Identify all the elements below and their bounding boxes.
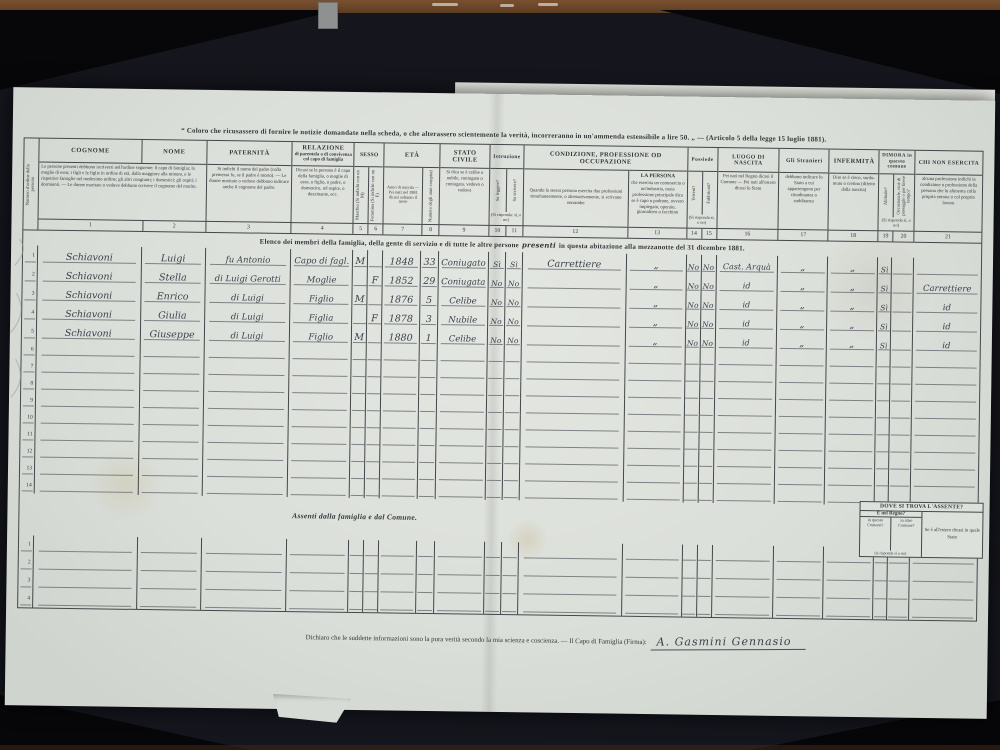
col-luogo-nascita: LUOGO DI NASCITA Pei nati nel Regno dica… xyxy=(716,148,779,240)
col-num: 5 xyxy=(354,226,368,232)
terreni-value: No xyxy=(687,339,698,350)
subtitle-text: in questa abitazione alla mezzanotte del… xyxy=(559,241,745,252)
chalk-mark xyxy=(432,3,458,6)
col-eta: ETÀ Anno di nascita — Pei nati nel 1881 … xyxy=(383,143,440,235)
paternita-value: di Luigi xyxy=(230,332,263,344)
anni-value: 29 xyxy=(423,276,435,289)
row-number: 12 xyxy=(20,442,34,459)
absent-nota: (si risponda sì o no) xyxy=(860,550,921,557)
col-eta-title: ETÀ xyxy=(385,143,440,168)
col-stranieri-title: Gli Stranieri xyxy=(780,149,829,174)
stranieri-ditto: „ xyxy=(799,320,804,333)
stato-civile-value: Coniugata xyxy=(441,278,485,290)
anni-value: 5 xyxy=(426,295,432,308)
fabbricati-value: No xyxy=(703,263,714,274)
row-number: 2 xyxy=(19,553,33,571)
row-number: 3 xyxy=(18,571,32,589)
absent-rows: 1 2 xyxy=(18,535,977,620)
col-istruzione-note: (Si risponda: sì, o no) xyxy=(490,212,523,225)
cognome-value: Schiavoni xyxy=(65,290,112,303)
femmina-value: F xyxy=(371,314,378,327)
col-luogo-note: Pei nati nel Regno dicasi il Comune — Pe… xyxy=(717,172,779,229)
col-sesso: SESSO Maschio (Si indichi con un M) Femm… xyxy=(353,143,384,234)
paternita-value: di Luigi xyxy=(231,313,264,325)
col-chinon-title: CHI NON ESERCITA xyxy=(915,151,982,176)
chi-non-esercita-value: id xyxy=(942,342,950,354)
col-ordine: Numero d'ordine della persona xyxy=(23,138,38,229)
sa-leggere-value: Sì xyxy=(493,260,501,271)
terreni-value: No xyxy=(687,301,698,312)
subtitle-emphasis: presenti xyxy=(522,240,556,249)
col-la-persona-note: che esercita un commercio o un'industria… xyxy=(628,179,686,228)
col-nome-title: NOME xyxy=(143,148,207,156)
absent-section-title: Assenti dalla famiglia e dal Comune. xyxy=(77,508,633,525)
fabbricati-value: No xyxy=(702,339,713,350)
head-of-family-signature: A. Gasmini Gennasio xyxy=(651,635,806,651)
chalk-mark xyxy=(500,4,514,7)
declaration-line: Dichiaro che le suddette informazioni so… xyxy=(306,629,968,653)
anni-value: 3 xyxy=(426,314,432,327)
col-num: 14 xyxy=(687,231,701,237)
col-istruzione: Istruzione Sa leggere? Sa scrivere? (Si … xyxy=(488,145,523,236)
stato-civile-value: Coniugato xyxy=(441,259,486,271)
col-num: 9 xyxy=(439,227,488,234)
sa-leggere-value: No xyxy=(490,336,501,347)
col-infermita-title: INFERMITÀ xyxy=(830,150,879,175)
col-dimora-note: (Si risponda sì, o no) xyxy=(879,217,914,230)
maschio-value: M xyxy=(354,332,364,345)
margin-pencil-marks xyxy=(2,237,39,437)
blank-rows: 6 7 xyxy=(20,340,980,506)
sa-scrivere-value: No xyxy=(508,299,519,310)
col-num: 4 xyxy=(292,225,353,232)
col-num: 2 xyxy=(143,223,205,230)
stranieri-ditto: „ xyxy=(800,263,805,276)
col-relazione-subtitle: di parentela o di convivenza col capo di… xyxy=(294,152,353,163)
terreni-value: No xyxy=(687,320,698,331)
relazione-value: Moglie xyxy=(307,276,337,288)
present-persons-rows: 1 Schiavoni Luigi fu Antonio Capo di fag… xyxy=(22,245,981,353)
cognome-value: Schiavoni xyxy=(65,328,112,341)
terreni-value: No xyxy=(688,282,699,293)
row-number: 1 xyxy=(19,535,33,553)
chi-non-esercita-value: id xyxy=(942,323,950,335)
sa-leggere-value: No xyxy=(491,317,502,328)
luogo-nascita-value: id xyxy=(742,320,750,331)
anno-nascita-value: 1878 xyxy=(389,314,413,327)
col-ordine-label: Numero d'ordine della persona xyxy=(26,157,36,211)
professione-value: Carrettiere xyxy=(547,259,601,272)
col-stato-civile: STATO CIVILE Si dica se è celibe o nubil… xyxy=(438,144,489,236)
stato-civile-value: Celibe xyxy=(449,297,477,309)
infermita-ditto: „ xyxy=(850,263,855,276)
col-num: 10 xyxy=(489,228,505,234)
col-occasionale: Occasionale, cioè di passaggio o per bre… xyxy=(897,175,912,218)
anno-nascita-value: 1848 xyxy=(389,257,413,270)
col-cognome-nome: COGNOME NOME Le persone presenti debbono… xyxy=(37,139,206,232)
col-infermita: INFERMITÀ Dire se è cieco, sordo-muto o … xyxy=(828,150,879,242)
absent-location-box: DOVE SI TROVA L'ASSENTE? È nel Regno? in… xyxy=(859,501,984,559)
col-num: 21 xyxy=(914,234,981,241)
sa-scrivere-value: No xyxy=(507,318,518,329)
anno-nascita-value: 1876 xyxy=(389,295,413,308)
col-stranieri-note: debbono indicare lo Stato a cui apparten… xyxy=(779,173,829,230)
col-paternita-note: Si indichi il nome del padre (colla prem… xyxy=(206,165,292,222)
absent-questo-comune: in questo Comune? xyxy=(860,517,890,550)
infermita-ditto: „ xyxy=(850,282,855,295)
sa-scrivere-value: No xyxy=(508,280,519,291)
infermita-ditto: „ xyxy=(850,301,855,314)
col-condizione-title: CONDIZIONE, PROFESSIONE OD OCCUPAZIONE xyxy=(524,145,687,171)
col-num: 18 xyxy=(829,233,878,240)
col-stato-title: STATO CIVILE xyxy=(440,144,489,169)
col-num: 15 xyxy=(702,231,716,237)
luogo-nascita-value: Cast. Arquà xyxy=(723,263,771,275)
photo-corner-shadow xyxy=(660,10,1000,94)
nome-value: Luigi xyxy=(161,254,186,267)
subtitle-text: Elenco dei membri della famiglia, della … xyxy=(260,237,519,249)
luogo-nascita-value: id xyxy=(742,301,750,312)
paternita-value: di Luigi xyxy=(231,294,264,306)
infermita-ditto: „ xyxy=(849,320,854,333)
col-condizione: CONDIZIONE, PROFESSIONE OD OCCUPAZIONE Q… xyxy=(522,145,687,238)
col-abituale: Abituale? xyxy=(884,187,889,205)
paternita-value: fu Antonio xyxy=(225,256,270,268)
dimora-abituale-value: Sì xyxy=(881,266,889,277)
stranieri-ditto: „ xyxy=(800,301,805,314)
terreni-value: No xyxy=(688,263,699,274)
fabbricati-value: No xyxy=(702,320,713,331)
col-num: 8 xyxy=(423,227,439,233)
col-istruzione-title: Istruzione xyxy=(490,145,523,169)
col-sesso-title: SESSO xyxy=(355,143,384,167)
paternita-value: di Luigi Gerotti xyxy=(215,275,281,287)
col-num: 13 xyxy=(628,230,686,237)
wood-table-edge xyxy=(0,745,1000,750)
col-fabbricati: Fabbricati? xyxy=(707,183,712,204)
col-num: 12 xyxy=(523,228,627,235)
col-num: 11 xyxy=(506,228,522,234)
chi-non-esercita-value: Carrettiere xyxy=(923,284,972,296)
col-num: 7 xyxy=(384,226,422,233)
col-chi-non-esercita: CHI NON ESERCITA alcuna professione indi… xyxy=(913,151,982,243)
chalk-mark xyxy=(538,3,558,6)
col-num: 20 xyxy=(894,233,914,239)
col-chinon-note: alcuna professione indichi la condizione… xyxy=(915,175,983,232)
cognome-value: Schiavoni xyxy=(66,271,113,284)
torn-edge xyxy=(273,694,351,723)
relazione-value: Figlio xyxy=(309,295,334,307)
luogo-nascita-value: id xyxy=(742,339,750,350)
persona-ditto: „ xyxy=(653,299,658,312)
col-sa-leggere: Sa leggere? xyxy=(495,180,500,201)
cognome-value: Schiavoni xyxy=(66,252,113,265)
col-anno-note: Anno di nascita — Pei nati nel 1881 dica… xyxy=(384,184,422,207)
row-number: 14 xyxy=(20,476,34,493)
census-table: Numero d'ordine della persona COGNOME NO… xyxy=(17,137,983,621)
col-dimora-title: DIMORA in questo comune xyxy=(879,150,914,174)
col-relazione-note: Dicasi se la persona è il capo della fam… xyxy=(292,166,354,223)
table-header: Numero d'ordine della persona COGNOME NO… xyxy=(23,138,982,243)
col-num: 3 xyxy=(206,224,291,231)
dimora-abituale-value: Sì xyxy=(880,342,888,353)
row-number: 13 xyxy=(20,459,34,476)
sa-leggere-value: No xyxy=(491,279,502,290)
relazione-value: Figlia xyxy=(309,314,334,326)
stato-civile-value: Nubile xyxy=(448,316,477,328)
femmina-value: F xyxy=(372,276,379,289)
col-dimora: DIMORA in questo comune Abituale? Occasi… xyxy=(877,150,914,241)
anno-nascita-value: 1852 xyxy=(389,276,413,289)
col-anni-label: Numero degli anni compiuti xyxy=(428,170,434,222)
col-possiede: Possiede Terreni? Fabbricati? (Si rispon… xyxy=(686,148,717,239)
col-num: 19 xyxy=(879,233,893,239)
persona-ditto: „ xyxy=(653,318,658,331)
dimora-abituale-value: Sì xyxy=(880,304,888,315)
persona-ditto: „ xyxy=(654,261,659,274)
col-relazione: RELAZIONE di parentela o di convivenza c… xyxy=(291,142,354,234)
anni-value: 1 xyxy=(425,333,431,346)
stranieri-ditto: „ xyxy=(800,282,805,295)
luogo-nascita-value: id xyxy=(743,282,751,293)
col-cognome-nome-note: Le persone presenti debbono iscriversi n… xyxy=(38,163,205,221)
anno-nascita-value: 1880 xyxy=(388,333,412,346)
col-maschio-label: Maschio (Si indichi con un M) xyxy=(356,168,366,222)
relazione-value: Figlio xyxy=(308,333,333,345)
col-possiede-note: (Si risponda sì, o no) xyxy=(687,215,716,228)
col-paternita: PATERNITÀ Si indichi il nome del padre (… xyxy=(205,141,292,233)
col-professione-note: Quando la stessa persona esercita due pr… xyxy=(524,187,628,210)
maschio-value: M xyxy=(355,256,365,269)
nome-value: Stella xyxy=(159,273,187,286)
absent-estero-label: Se è all'estero dicasi in quale Stato xyxy=(922,512,983,558)
nome-value: Giulia xyxy=(158,311,187,324)
anni-value: 33 xyxy=(423,257,435,270)
declaration-text: Dichiaro che le suddette informazioni so… xyxy=(306,634,647,646)
col-num: 17 xyxy=(779,232,828,239)
row-number: 4 xyxy=(18,589,32,607)
col-possiede-title: Possiede xyxy=(688,148,717,172)
col-num: 6 xyxy=(369,226,383,232)
col-num: 16 xyxy=(717,231,778,238)
sa-scrivere-value: No xyxy=(507,337,518,348)
nome-value: Enrico xyxy=(157,292,189,305)
col-femmina-label: Femmina (Si indichi con un F) xyxy=(371,168,381,222)
col-stato-note: Si dica se è celibe o nubile, coniugato … xyxy=(440,168,490,225)
absent-altro-comune: in altro Comune? xyxy=(890,517,921,550)
persona-ditto: „ xyxy=(653,280,658,293)
stato-civile-value: Celibe xyxy=(449,335,477,347)
fabbricati-value: No xyxy=(703,282,714,293)
cognome-value: Schiavoni xyxy=(65,309,112,322)
sa-leggere-value: No xyxy=(491,298,502,309)
maschio-value: M xyxy=(355,294,365,307)
col-paternita-title: PATERNITÀ xyxy=(207,141,292,166)
photo-corner-shadow xyxy=(0,10,340,90)
paper-tab xyxy=(318,2,338,29)
sa-scrivere-value: Sì xyxy=(510,261,518,272)
dimora-abituale-value: Sì xyxy=(880,323,888,334)
fabbricati-value: No xyxy=(702,301,713,312)
census-sheet: “ Coloro che ricusassero di fornire le n… xyxy=(5,87,996,719)
col-infermita-note: Dire se è cieco, sordo-muto o cretino (d… xyxy=(829,174,879,231)
col-cognome-title: COGNOME xyxy=(39,139,142,163)
persona-ditto: „ xyxy=(652,337,657,350)
relazione-value: Capo di fagl. xyxy=(294,257,349,269)
nome-value: Giuseppe xyxy=(149,330,194,343)
infermita-ditto: „ xyxy=(849,339,854,352)
col-sa-scrivere: Sa scrivere? xyxy=(512,180,517,202)
col-luogo-title: LUOGO DI NASCITA xyxy=(718,148,779,173)
stranieri-ditto: „ xyxy=(799,339,804,352)
chi-non-esercita-value: id xyxy=(943,304,951,316)
col-stranieri: Gli Stranieri debbono indicare lo Stato … xyxy=(778,149,829,241)
col-terreni: Terreni? xyxy=(692,186,697,201)
col-num: 1 xyxy=(38,222,142,229)
dimora-abituale-value: Sì xyxy=(880,285,888,296)
